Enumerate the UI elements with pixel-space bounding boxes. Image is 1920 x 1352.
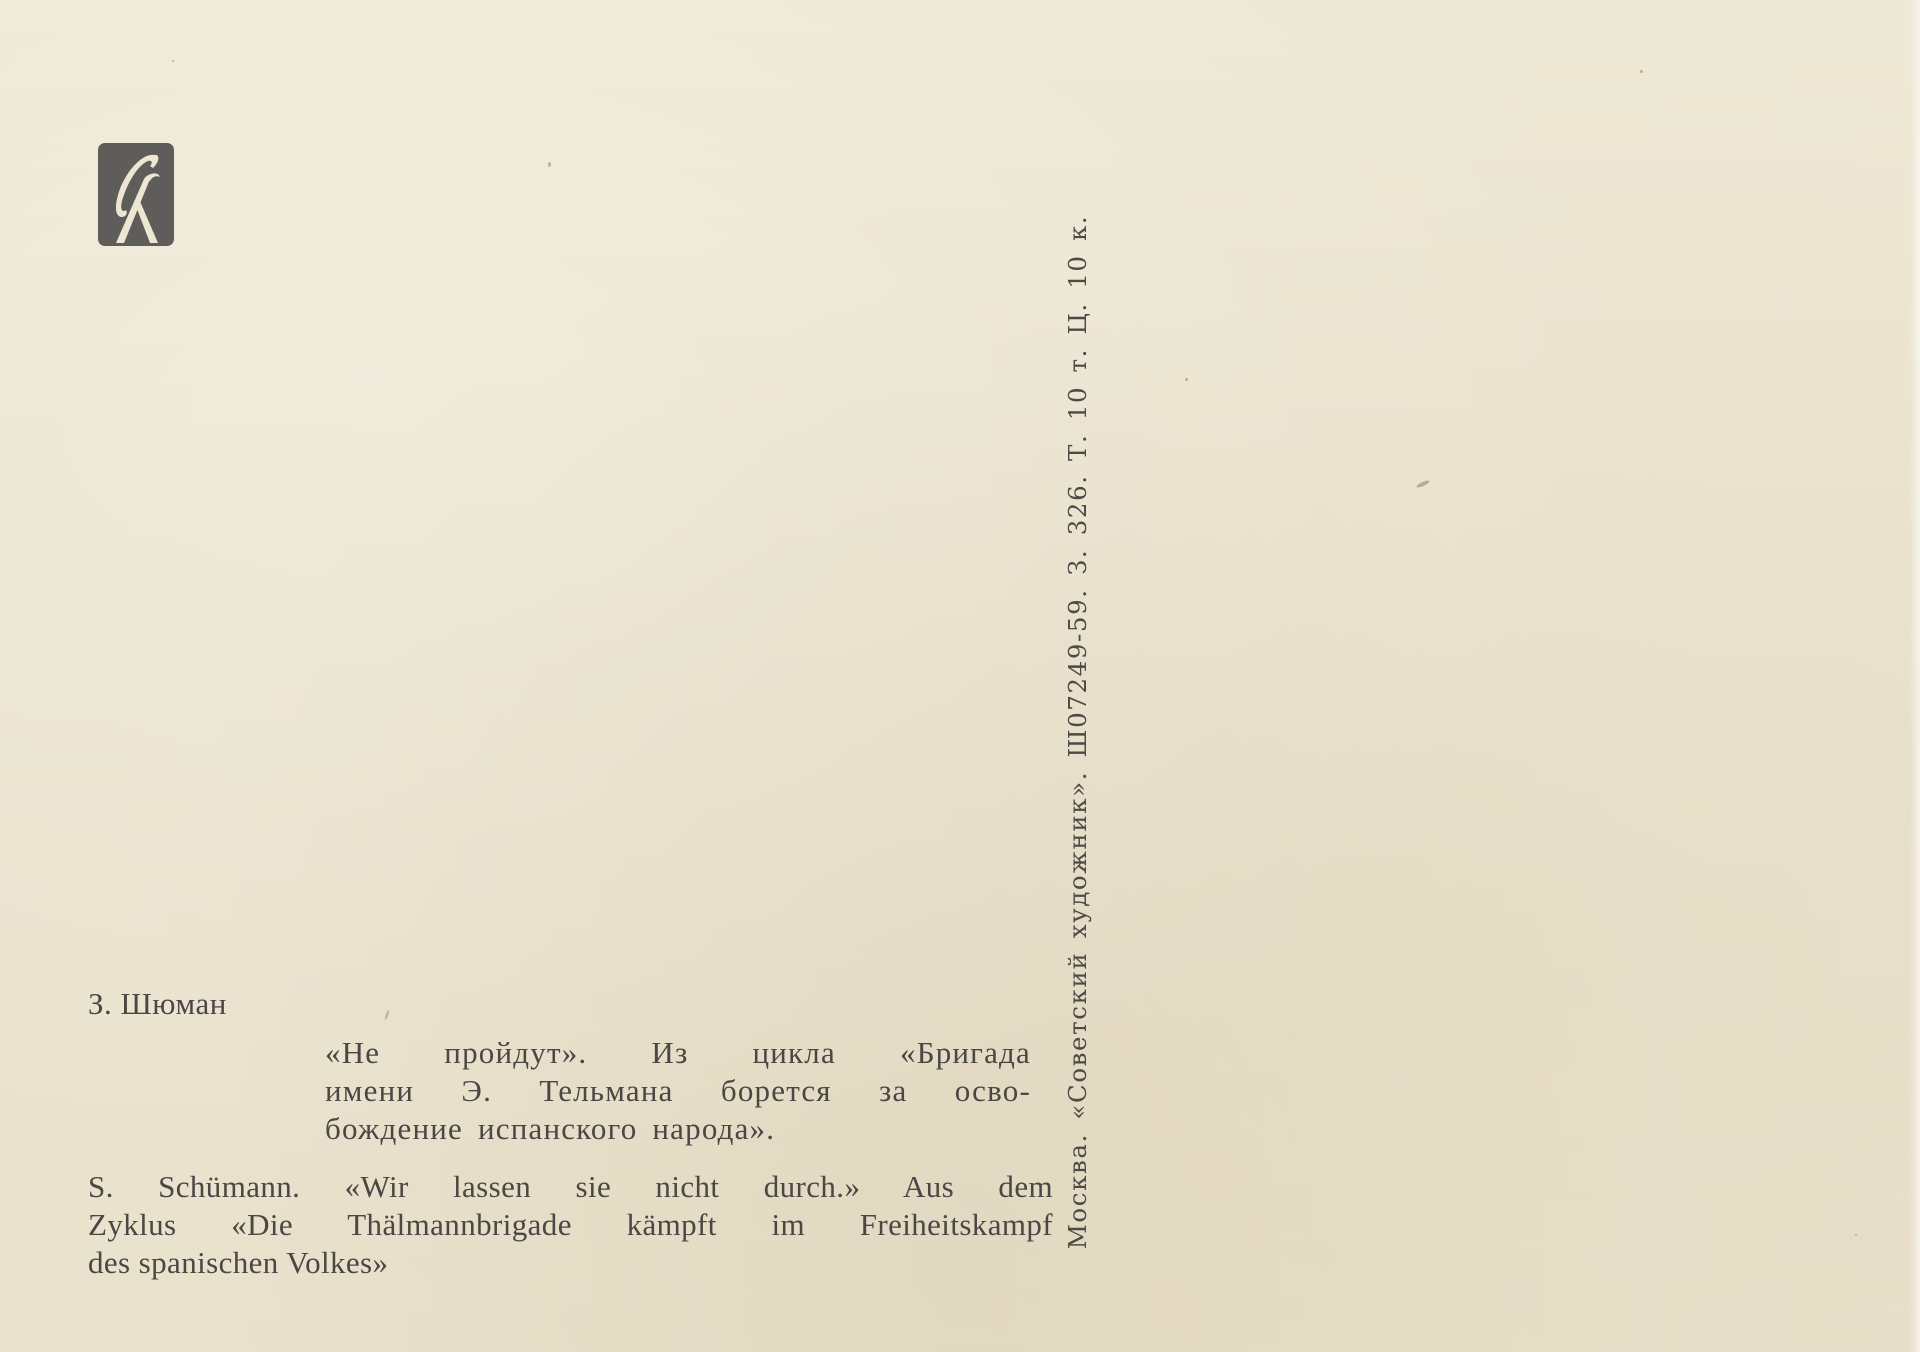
- paper-speck: [172, 60, 174, 62]
- paper-background: [0, 0, 1920, 1352]
- paper-speck: [548, 162, 551, 167]
- publisher-imprint: Москва. «Советский художник». Ш07249-59.…: [1061, 147, 1095, 1317]
- artwork-caption-de: S. Schümann. «Wir lassen sie nicht durch…: [88, 1168, 1053, 1282]
- title-ru-line: бождение испанского народа».: [325, 1110, 1031, 1148]
- artwork-title-ru: «Не пройдут». Из цикла «Бригада имени Э.…: [325, 1034, 1031, 1148]
- paper-speck: [1640, 70, 1643, 73]
- author-name-ru: З. Шюман: [88, 986, 227, 1022]
- paper-speck: [1855, 1234, 1857, 1236]
- publisher-logo: [98, 143, 174, 246]
- paper-edge: [1910, 0, 1920, 1352]
- caption-de-line: Zyklus «Die Thälmannbrigade kämpft im Fr…: [88, 1206, 1053, 1244]
- sovetsky-khudozhnik-monogram-icon: [98, 143, 174, 246]
- title-ru-line: имени Э. Тельмана борется за осво-: [325, 1072, 1031, 1110]
- paper-speck: [1185, 378, 1188, 381]
- title-ru-line: «Не пройдут». Из цикла «Бригада: [325, 1034, 1031, 1072]
- caption-de-line: des spanischen Volkes»: [88, 1244, 1053, 1282]
- caption-de-line: S. Schümann. «Wir lassen sie nicht durch…: [88, 1168, 1053, 1206]
